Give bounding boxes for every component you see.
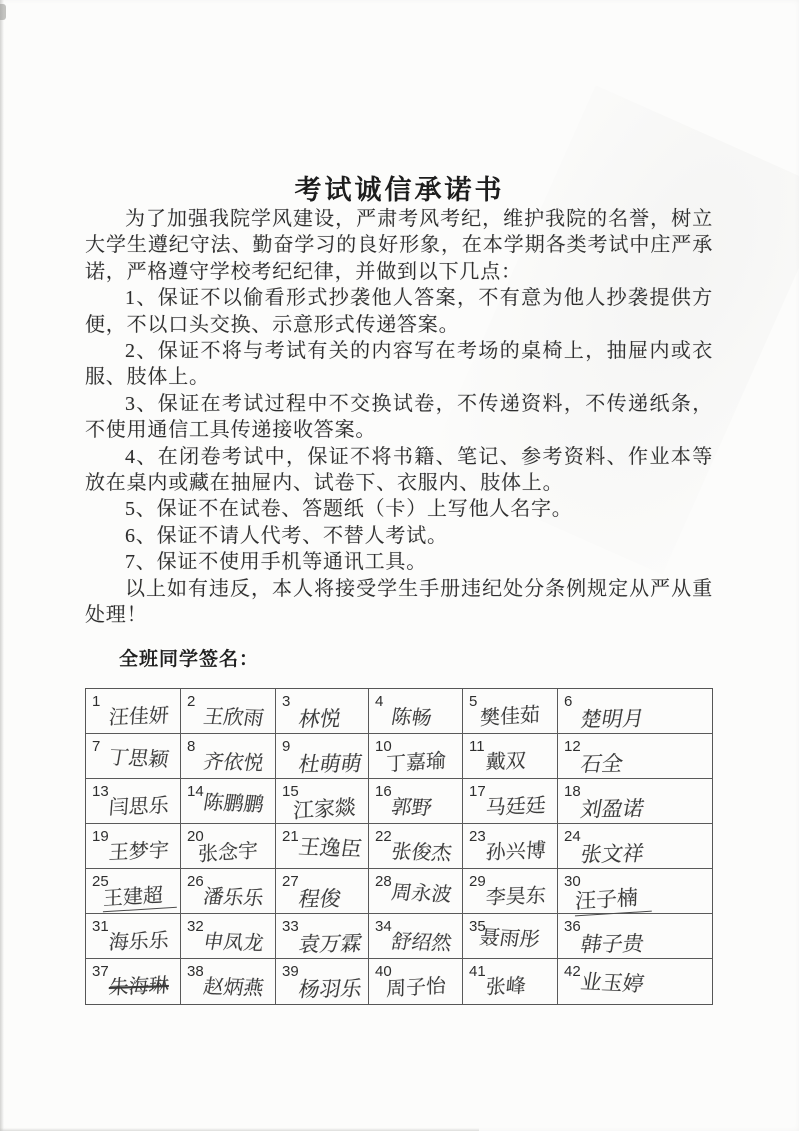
signature-number: 39 (282, 963, 299, 980)
signature-name: 袁万霖 (296, 927, 364, 958)
signature-number: 8 (187, 738, 195, 755)
body-paragraph: 5、保证不在试卷、答题纸（卡）上写他人名字。 (85, 496, 713, 522)
signature-cell: 20张念宇 (181, 824, 276, 869)
signature-name: 樊佳茹 (480, 698, 540, 731)
signature-cell: 15江家燚 (276, 779, 369, 824)
signature-cell: 21王逸臣 (276, 824, 369, 869)
signature-cell: 12石全 (558, 734, 712, 779)
signature-name: 王逸臣 (297, 831, 365, 863)
signature-name: 海乐乐 (108, 924, 170, 955)
signature-cell: 9杜萌萌 (276, 734, 369, 779)
signature-name: 陈畅 (390, 700, 435, 730)
signature-number: 1 (92, 693, 100, 710)
signature-cell: 11戴双 (463, 734, 558, 779)
signature-number: 7 (92, 738, 100, 755)
scanned-document-page: 考试诚信承诺书 为了加强我院学风建设，严肃考风考纪，维护我院的名誉，树立大学生遵… (0, 0, 799, 1131)
signature-name: 楚明月 (578, 702, 646, 733)
signature-name: 齐依悦 (202, 745, 267, 776)
signature-cell: 23孙兴博 (463, 824, 558, 869)
signature-number: 13 (92, 783, 109, 800)
signature-name: 韩子贵 (578, 927, 646, 958)
body-paragraph: 6、保证不请人代考、不替人考试。 (85, 523, 713, 549)
signature-number: 3 (282, 693, 290, 710)
signature-number: 21 (282, 828, 299, 845)
signature-number: 23 (469, 828, 486, 845)
signature-cell: 40周子怡 (369, 959, 463, 1004)
signature-number: 18 (564, 783, 581, 800)
signature-cell: 13闫思乐 (86, 779, 181, 824)
signature-number: 24 (564, 828, 581, 845)
signature-cell: 3林悦 (276, 689, 369, 734)
signature-name: 杜萌萌 (296, 747, 364, 778)
signature-cell: 38赵炳燕 (181, 959, 276, 1004)
signature-name: 石全 (578, 748, 625, 779)
signature-number: 17 (469, 783, 486, 800)
signature-number: 19 (92, 828, 109, 845)
signature-name: 李昊东 (485, 879, 547, 910)
body-paragraph: 2、保证不将与考试有关的内容写在考场的桌椅上，抽屉内或衣服、肢体上。 (85, 338, 713, 391)
signature-name: 刘盈诺 (578, 792, 646, 823)
signature-name: 王梦宇 (108, 834, 170, 865)
signature-cell: 29李昊东 (463, 869, 558, 914)
signature-cell: 1汪佳妍 (86, 689, 181, 734)
signature-cell: 4陈畅 (369, 689, 463, 734)
signature-number: 22 (375, 828, 392, 845)
signature-name: 业玉婷 (579, 966, 647, 998)
signature-name: 王欣雨 (202, 700, 267, 731)
body-paragraph: 以上如有违反，本人将接受学生手册违纪处分条例规定从严从重处理！ (85, 576, 713, 629)
signature-number: 6 (564, 693, 572, 710)
signature-number: 31 (92, 918, 109, 935)
signature-cell: 2王欣雨 (181, 689, 276, 734)
signature-cell: 30汪子楠 (558, 869, 712, 914)
signature-name: 潘乐乐 (202, 880, 267, 911)
signature-number: 41 (469, 963, 486, 980)
signature-name: 聂雨彤 (478, 921, 543, 952)
signature-cell: 22张俊杰 (369, 824, 463, 869)
signature-number: 29 (469, 873, 486, 890)
body-paragraph: 4、在闭卷考试中，保证不将书籍、笔记、参考资料、作业本等放在桌内或藏在抽屉内、试… (85, 444, 713, 497)
signature-cell: 27程俊 (276, 869, 369, 914)
signature-cell: 16郭野 (369, 779, 463, 824)
signature-name: 丁思颖 (107, 741, 172, 772)
signature-name: 张峰 (485, 969, 527, 999)
signature-cell: 8齐依悦 (181, 734, 276, 779)
signature-cell: 31海乐乐 (86, 914, 181, 959)
signature-cell: 35聂雨彤 (463, 914, 558, 959)
signature-name: 周永波 (390, 876, 455, 907)
signature-number: 38 (187, 963, 204, 980)
signature-name: 陈鹏鹏 (202, 786, 267, 817)
signature-cell: 36韩子贵 (558, 914, 712, 959)
signature-cell: 18刘盈诺 (558, 779, 712, 824)
signature-name: 张文祥 (578, 837, 646, 868)
signature-name: 江家燚 (293, 791, 356, 825)
signature-number: 28 (375, 873, 392, 890)
body-paragraph: 7、保证不使用手机等通讯工具。 (85, 549, 713, 575)
signature-name: 王建超 (103, 878, 177, 913)
signature-name: 林悦 (296, 703, 343, 734)
signature-cell: 26潘乐乐 (181, 869, 276, 914)
signature-number: 11 (469, 738, 485, 755)
signature-number: 2 (187, 693, 195, 710)
signature-name: 周子怡 (386, 969, 446, 1002)
signature-table: 1汪佳妍 2王欣雨 3林悦 4陈畅 5樊佳茹 6楚明月 7丁思颖 8齐依悦 9杜… (85, 688, 713, 1005)
body-paragraph: 3、保证在考试过程中不交换试卷，不传递资料，不传递纸条，不使用通信工具传递接收答… (85, 391, 713, 444)
signature-number: 26 (187, 873, 204, 890)
signature-cell: 25王建超 (86, 869, 181, 914)
signature-cell: 37朱海琳 (86, 959, 181, 1004)
signature-name: 杨羽乐 (296, 972, 364, 1003)
signature-name: 张念宇 (198, 834, 258, 867)
page-title: 考试诚信承诺书 (0, 168, 799, 207)
signature-number: 34 (375, 918, 392, 935)
signature-cell: 19王梦宇 (86, 824, 181, 869)
signature-cell: 32申凤龙 (181, 914, 276, 959)
scan-corner-mark (0, 4, 6, 20)
signature-number: 33 (282, 918, 299, 935)
signature-name: 赵炳燕 (202, 970, 267, 1001)
signature-number: 14 (187, 783, 204, 800)
signature-cell: 7丁思颖 (86, 734, 181, 779)
signature-cell: 14陈鹏鹏 (181, 779, 276, 824)
signature-name: 舒绍然 (390, 925, 455, 956)
signature-name: 程俊 (296, 883, 343, 914)
signature-cell: 42业玉婷 (558, 959, 712, 1004)
signature-number: 12 (564, 738, 581, 755)
signature-name: 戴双 (485, 744, 527, 774)
signature-name: 丁嘉瑜 (386, 744, 446, 777)
signature-name: 申凤龙 (202, 925, 267, 956)
signature-section-label: 全班同学签名： (119, 644, 259, 671)
document-body: 为了加强我院学风建设，严肃考风考纪，维护我院的名誉，树立大学生遵纪守法、勤奋学习… (85, 206, 713, 629)
signature-cell: 41张峰 (463, 959, 558, 1004)
signature-number: 42 (564, 963, 581, 980)
signature-name: 朱海琳 (108, 969, 170, 1000)
signature-cell: 10丁嘉瑜 (369, 734, 463, 779)
signature-number: 5 (469, 693, 477, 710)
signature-number: 37 (92, 963, 109, 980)
body-paragraph: 1、保证不以偷看形式抄袭他人答案，不有意为他人抄袭提供方便，不以口头交换、示意形… (85, 285, 713, 338)
signature-cell: 17马廷廷 (463, 779, 558, 824)
signature-name: 孙兴博 (485, 834, 547, 865)
signature-cell: 28周永波 (369, 869, 463, 914)
signature-name: 马廷廷 (485, 789, 547, 820)
signature-cell: 6楚明月 (558, 689, 712, 734)
signature-name: 汪子楠 (575, 881, 652, 917)
signature-cell: 5樊佳茹 (463, 689, 558, 734)
signature-number: 9 (282, 738, 290, 755)
signature-number: 32 (187, 918, 204, 935)
signature-number: 16 (375, 783, 392, 800)
signature-cell: 39杨羽乐 (276, 959, 369, 1004)
signature-cell: 34舒绍然 (369, 914, 463, 959)
signature-number: 4 (375, 693, 383, 710)
signature-cell: 24张文祥 (558, 824, 712, 869)
signature-name: 闫思乐 (108, 789, 170, 820)
signature-number: 27 (282, 873, 299, 890)
signature-cell: 33袁万霖 (276, 914, 369, 959)
signature-name: 汪佳妍 (108, 699, 170, 730)
signature-number: 36 (564, 918, 581, 935)
signature-name: 张俊杰 (390, 835, 455, 866)
body-paragraph: 为了加强我院学风建设，严肃考风考纪，维护我院的名誉，树立大学生遵纪守法、勤奋学习… (85, 206, 713, 285)
signature-name: 郭野 (390, 790, 435, 820)
